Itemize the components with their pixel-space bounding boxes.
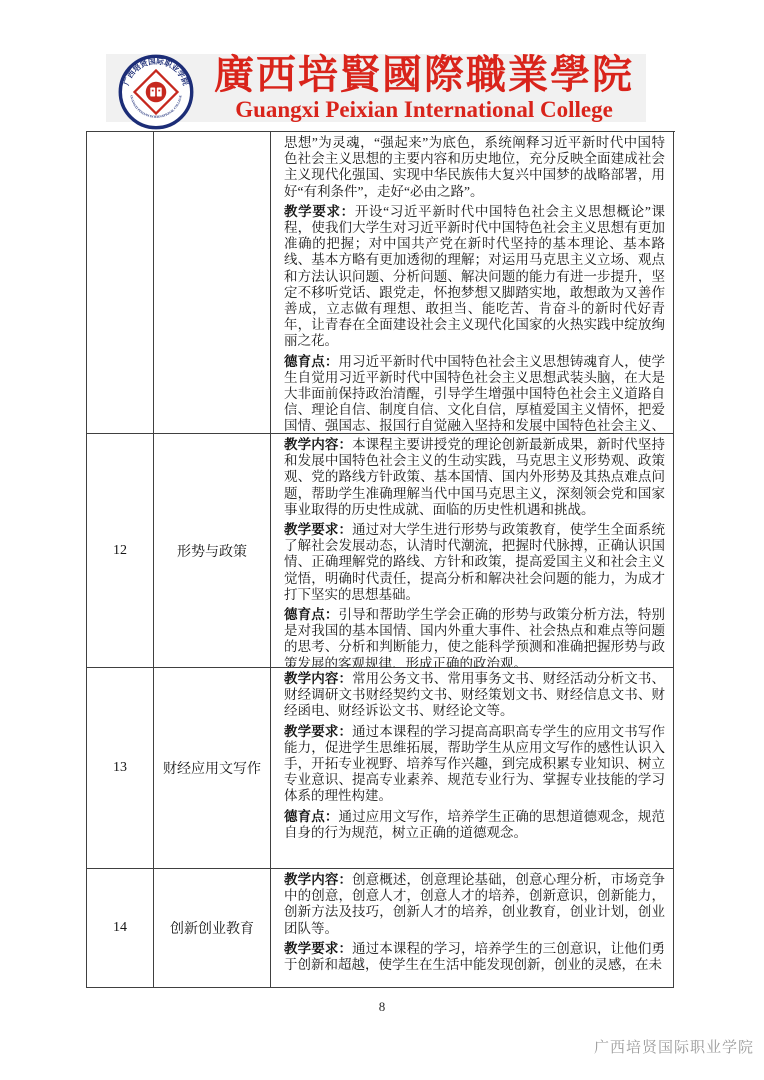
description-paragraph: 德育点：通过应用文写作，培养学生正确的思想道德观念，规范自身的行为规范，树立正确…	[284, 809, 665, 841]
paragraph-label: 教学内容：	[284, 872, 352, 887]
description-paragraph: 教学要求：通过对大学生进行形势与政策教育，使学生全面系统了解社会发展动态，认清时…	[284, 522, 665, 603]
paragraph-label: 德育点：	[284, 809, 338, 824]
seal-center-circle	[146, 82, 167, 103]
description-paragraph: 教学要求：开设“习近平新时代中国特色社会主义思想概论”课程，使我们大学生对习近平…	[284, 204, 665, 350]
page-number: 8	[0, 999, 764, 1015]
paragraph-label: 德育点：	[284, 607, 338, 622]
course-description-cell: 教学内容：常用公务文书、常用事务文书、财经活动分析文书、财经调研文书财经契约文书…	[271, 668, 674, 869]
description-paragraph: 思想”为灵魂，“强起来”为底色，系统阐释习近平新时代中国特色社会主义思想的主要内…	[284, 135, 665, 200]
course-name-cell: 财经应用文写作	[154, 668, 271, 869]
description-paragraph: 教学内容：常用公务文书、常用事务文书、财经活动分析文书、财经调研文书财经契约文书…	[284, 671, 665, 720]
paragraph-label: 教学要求：	[284, 522, 352, 537]
course-number-cell: 13	[87, 668, 154, 869]
course-number-cell: 14	[87, 869, 154, 988]
paragraph-label: 教学要求：	[284, 204, 355, 219]
college-logo: 广西培贤国际职业学院 GUANGXI PEIXIAN INTERNATIONAL…	[118, 54, 194, 130]
seal-book-icon	[150, 87, 155, 96]
course-description-cell: 教学内容：本课程主要讲授党的理论创新最新成果，新时代坚持和发展中国特色社会主义的…	[271, 434, 674, 668]
description-paragraph: 教学要求：通过本课程的学习，培养学生的三创意识，让他们勇于创新和超越，使学生在生…	[284, 941, 665, 973]
description-paragraph: 教学要求：通过本课程的学习提高高职高专学生的应用文书写作能力，促进学生思维拓展，…	[284, 724, 665, 805]
description-paragraph: 教学内容：本课程主要讲授党的理论创新最新成果，新时代坚持和发展中国特色社会主义的…	[284, 437, 665, 518]
description-paragraph: 德育点：用习近平新时代中国特色社会主义思想铸魂育人，使学生自觉用习近平新时代中国…	[284, 354, 665, 434]
paragraph-label: 教学内容：	[284, 437, 352, 452]
college-seal-icon: 广西培贤国际职业学院 GUANGXI PEIXIAN INTERNATIONAL…	[118, 54, 194, 130]
course-name-cell: 创新创业教育	[154, 869, 271, 988]
course-name-cell: 形势与政策	[154, 434, 271, 668]
course-name-cell	[154, 132, 271, 434]
description-paragraph: 德育点：引导和帮助学生学会正确的形势与政策分析方法，特别是对我国的基本国情、国内…	[284, 607, 665, 668]
college-name-chinese: 廣西培賢國際職業學院	[198, 50, 650, 100]
document-page: { "header": { "title_zh": "廣西培賢國際職業學院", …	[0, 0, 764, 1080]
course-description-cell: 思想”为灵魂，“强起来”为底色，系统阐释习近平新时代中国特色社会主义思想的主要内…	[271, 132, 674, 434]
paragraph-label: 教学要求：	[284, 724, 352, 739]
watermark: 广西培贤国际职业学院	[594, 1036, 754, 1057]
college-name-english: Guangxi Peixian International College	[198, 98, 650, 122]
paragraph-label: 教学要求：	[284, 941, 352, 956]
course-description-cell: 教学内容：创意概述，创意理论基础，创意心理分析，市场竞争中的创意，创意人才，创意…	[271, 869, 674, 988]
course-number-cell	[87, 132, 154, 434]
description-paragraph: 教学内容：创意概述，创意理论基础，创意心理分析，市场竞争中的创意，创意人才，创意…	[284, 872, 665, 937]
course-number-cell: 12	[87, 434, 154, 668]
course-table: 思想”为灵魂，“强起来”为底色，系统阐释习近平新时代中国特色社会主义思想的主要内…	[86, 131, 675, 988]
paragraph-label: 教学内容：	[284, 671, 352, 686]
paragraph-label: 德育点：	[284, 354, 338, 369]
